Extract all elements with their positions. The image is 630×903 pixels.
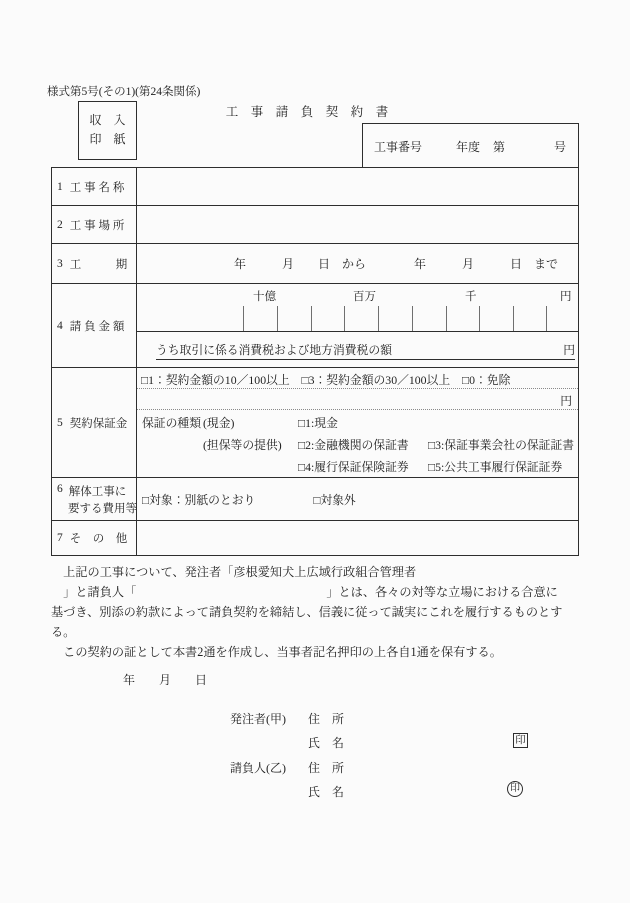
digit-separator-tick	[378, 306, 379, 331]
contract-table: 1 工 事 名 称 2 工 事 場 所 3 工 期 年 月 日 から 年 月 日…	[51, 167, 579, 556]
checkbox-option-demolition-exempt: □対象外	[313, 491, 356, 508]
row-number: 7	[57, 532, 63, 544]
table-row-work-name: 1 工 事 名 称	[52, 168, 578, 206]
number-suffix-label: 号	[554, 138, 566, 155]
row-label: 工 事 名 称	[70, 179, 125, 195]
contract-amount-field: 十億 百万 千 円 うち取引に係る消費税および地方消費税の額 円	[137, 284, 578, 367]
row-number: 4	[57, 320, 63, 332]
row-number: 2	[57, 219, 63, 231]
row-label-line1: 解体工事に	[69, 483, 127, 499]
contractor-seal-icon: 印	[507, 781, 523, 797]
row-label-cell: 4 請 負 金 額	[52, 284, 137, 367]
row-label: 請 負 金 額	[70, 318, 125, 334]
cash-group-label: (現金)	[203, 414, 234, 431]
collateral-group-label: (担保等の提供)	[203, 436, 282, 453]
row-label: 契約保証金	[70, 415, 128, 431]
work-number-box: 工事番号 年度 第 号	[362, 123, 579, 168]
digit-separator-tick	[513, 306, 514, 331]
checkbox-option-demolition-target: □対象：別紙のとおり	[142, 491, 255, 508]
digit-separator-tick	[243, 306, 244, 331]
checkbox-option-guarantee-company: □3:保証事業会社の保証証書	[428, 436, 574, 453]
digit-separator-tick	[479, 306, 480, 331]
contract-date-line: 年 月 日	[123, 671, 207, 688]
digit-separator-tick	[546, 306, 547, 331]
consumption-tax-area: うち取引に係る消費税および地方消費税の額 円	[137, 332, 578, 367]
body-line5: この契約の証として本書2通を作成し、当事者記名押印の上各自1通を保有する。	[51, 642, 578, 662]
guarantee-type-area: 保証の種類 (現金) □1:現金 (担保等の提供) □2:金融機関の保証書 □3…	[137, 410, 578, 477]
work-name-field	[137, 168, 578, 205]
contractor-name-blank	[136, 582, 326, 602]
row-label-cell: 5 契約保証金	[52, 368, 137, 477]
body-line2-tail: 」とは、各々の対等な立場における合意に	[326, 582, 558, 602]
contractor-address-row: 請負人(乙) 住 所	[230, 755, 550, 780]
digit-separator-tick	[446, 306, 447, 331]
consumption-tax-note: うち取引に係る消費税および地方消費税の額	[156, 341, 392, 358]
orderer-name-row: 氏 名	[230, 731, 550, 756]
row-number: 1	[57, 181, 63, 193]
orderer-address-row: 発注者(甲) 住 所	[230, 706, 550, 731]
row-label-cell: 1 工 事 名 称	[52, 168, 137, 205]
contractor-address-label: 住 所	[308, 759, 344, 776]
demolition-cost-field: □対象：別紙のとおり □対象外	[137, 478, 578, 520]
amount-digit-area: 十億 百万 千 円	[137, 284, 578, 332]
row-label-cell: 6 解体工事に 要する費用等	[52, 478, 137, 520]
table-row-work-period: 3 工 期 年 月 日 から 年 月 日 まで	[52, 244, 578, 284]
body-line2: 」と請負人「 」とは、各々の対等な立場における合意に	[51, 582, 578, 602]
contract-document-page: { "doc": { "form_number": "様式第5号(その1)(第2…	[0, 0, 630, 903]
body-line4: る。	[51, 622, 578, 642]
deposit-rate-options: □1：契約金額の10／100以上 □3：契約金額の30／100以上 □0：免除	[137, 368, 578, 389]
document-title: 工 事 請 負 契 約 書	[0, 102, 614, 120]
body-line2-head: 」と請負人「	[51, 582, 136, 602]
digit-separator-tick	[412, 306, 413, 331]
unit-label-million: 百万	[353, 288, 376, 304]
digit-separator-tick	[344, 306, 345, 331]
table-row-contract-deposit: 5 契約保証金 □1：契約金額の10／100以上 □3：契約金額の30／100以…	[52, 368, 578, 478]
contract-deposit-field: □1：契約金額の10／100以上 □3：契約金額の30／100以上 □0：免除 …	[137, 368, 578, 477]
row-label-cell: 2 工 事 場 所	[52, 206, 137, 243]
orderer-party-label: 発注者(甲)	[230, 710, 308, 727]
checkbox-option-public-works-guarantee: □5:公共工事履行保証証券	[428, 458, 562, 475]
deposit-amount-unit: 円	[137, 389, 578, 410]
row-label: 工 事 場 所	[70, 217, 125, 233]
row-label: そ の 他	[70, 530, 128, 546]
row-label-line2: 要する費用等	[57, 500, 137, 516]
orderer-address-label: 住 所	[308, 710, 344, 727]
checkbox-option-performance-insurance: □4:履行保証保険証券	[298, 458, 409, 475]
form-number-text: 様式第5号(その1)(第24条関係)	[47, 83, 200, 99]
row-label-cell: 7 そ の 他	[52, 521, 137, 555]
contractor-name-label: 氏 名	[308, 783, 344, 800]
work-period-template: 年 月 日 から 年 月 日 まで	[137, 244, 578, 283]
row-label-cell: 3 工 期	[52, 244, 137, 283]
table-row-contract-amount: 4 請 負 金 額 十億 百万 千 円 うち	[52, 284, 578, 368]
work-number-label: 工事番号	[374, 138, 422, 155]
table-row-demolition-cost: 6 解体工事に 要する費用等 □対象：別紙のとおり □対象外	[52, 478, 578, 521]
orderer-name-label: 氏 名	[308, 734, 344, 751]
work-location-field	[137, 206, 578, 243]
consumption-tax-unit: 円	[563, 341, 575, 358]
number-prefix-label: 第	[493, 138, 505, 155]
digit-separator-tick	[311, 306, 312, 331]
table-row-work-location: 2 工 事 場 所	[52, 206, 578, 244]
checkbox-option-bank-guarantee: □2:金融機関の保証書	[298, 436, 409, 453]
fiscal-year-label: 年度	[456, 138, 480, 155]
orderer-seal-icon: 印	[513, 733, 528, 748]
unit-label-billion: 十億	[253, 288, 276, 304]
row-number: 5	[57, 417, 63, 429]
row-number: 3	[57, 258, 63, 270]
unit-label-thousand: 千	[465, 288, 477, 304]
signature-block: 発注者(甲) 住 所 氏 名 請負人(乙) 住 所 氏 名 印 印	[230, 706, 550, 804]
row-label: 工 期	[70, 256, 128, 272]
contractor-party-label: 請負人(乙)	[230, 759, 308, 776]
revenue-stamp-line2: 印 紙	[79, 130, 136, 149]
row-number: 6	[57, 483, 63, 499]
body-line1: 上記の工事について、発注者「彦根愛知犬上広域行政組合管理者	[51, 562, 578, 582]
consumption-tax-line: うち取引に係る消費税および地方消費税の額 円	[156, 341, 575, 360]
guarantee-type-label: 保証の種類	[142, 414, 201, 431]
contract-body-text: 上記の工事について、発注者「彦根愛知犬上広域行政組合管理者 」と請負人「 」とは…	[51, 562, 578, 662]
other-field	[137, 521, 578, 555]
unit-label-yen: 円	[560, 288, 572, 304]
digit-separator-tick	[277, 306, 278, 331]
body-line3: 基づき、別添の約款によって請負契約を締結し、信義に従って誠実にこれを履行するもの…	[51, 602, 578, 622]
table-row-other: 7 そ の 他	[52, 521, 578, 555]
checkbox-option-cash: □1:現金	[298, 414, 338, 431]
work-period-field: 年 月 日 から 年 月 日 まで	[137, 244, 578, 283]
contractor-name-row: 氏 名	[230, 780, 550, 805]
